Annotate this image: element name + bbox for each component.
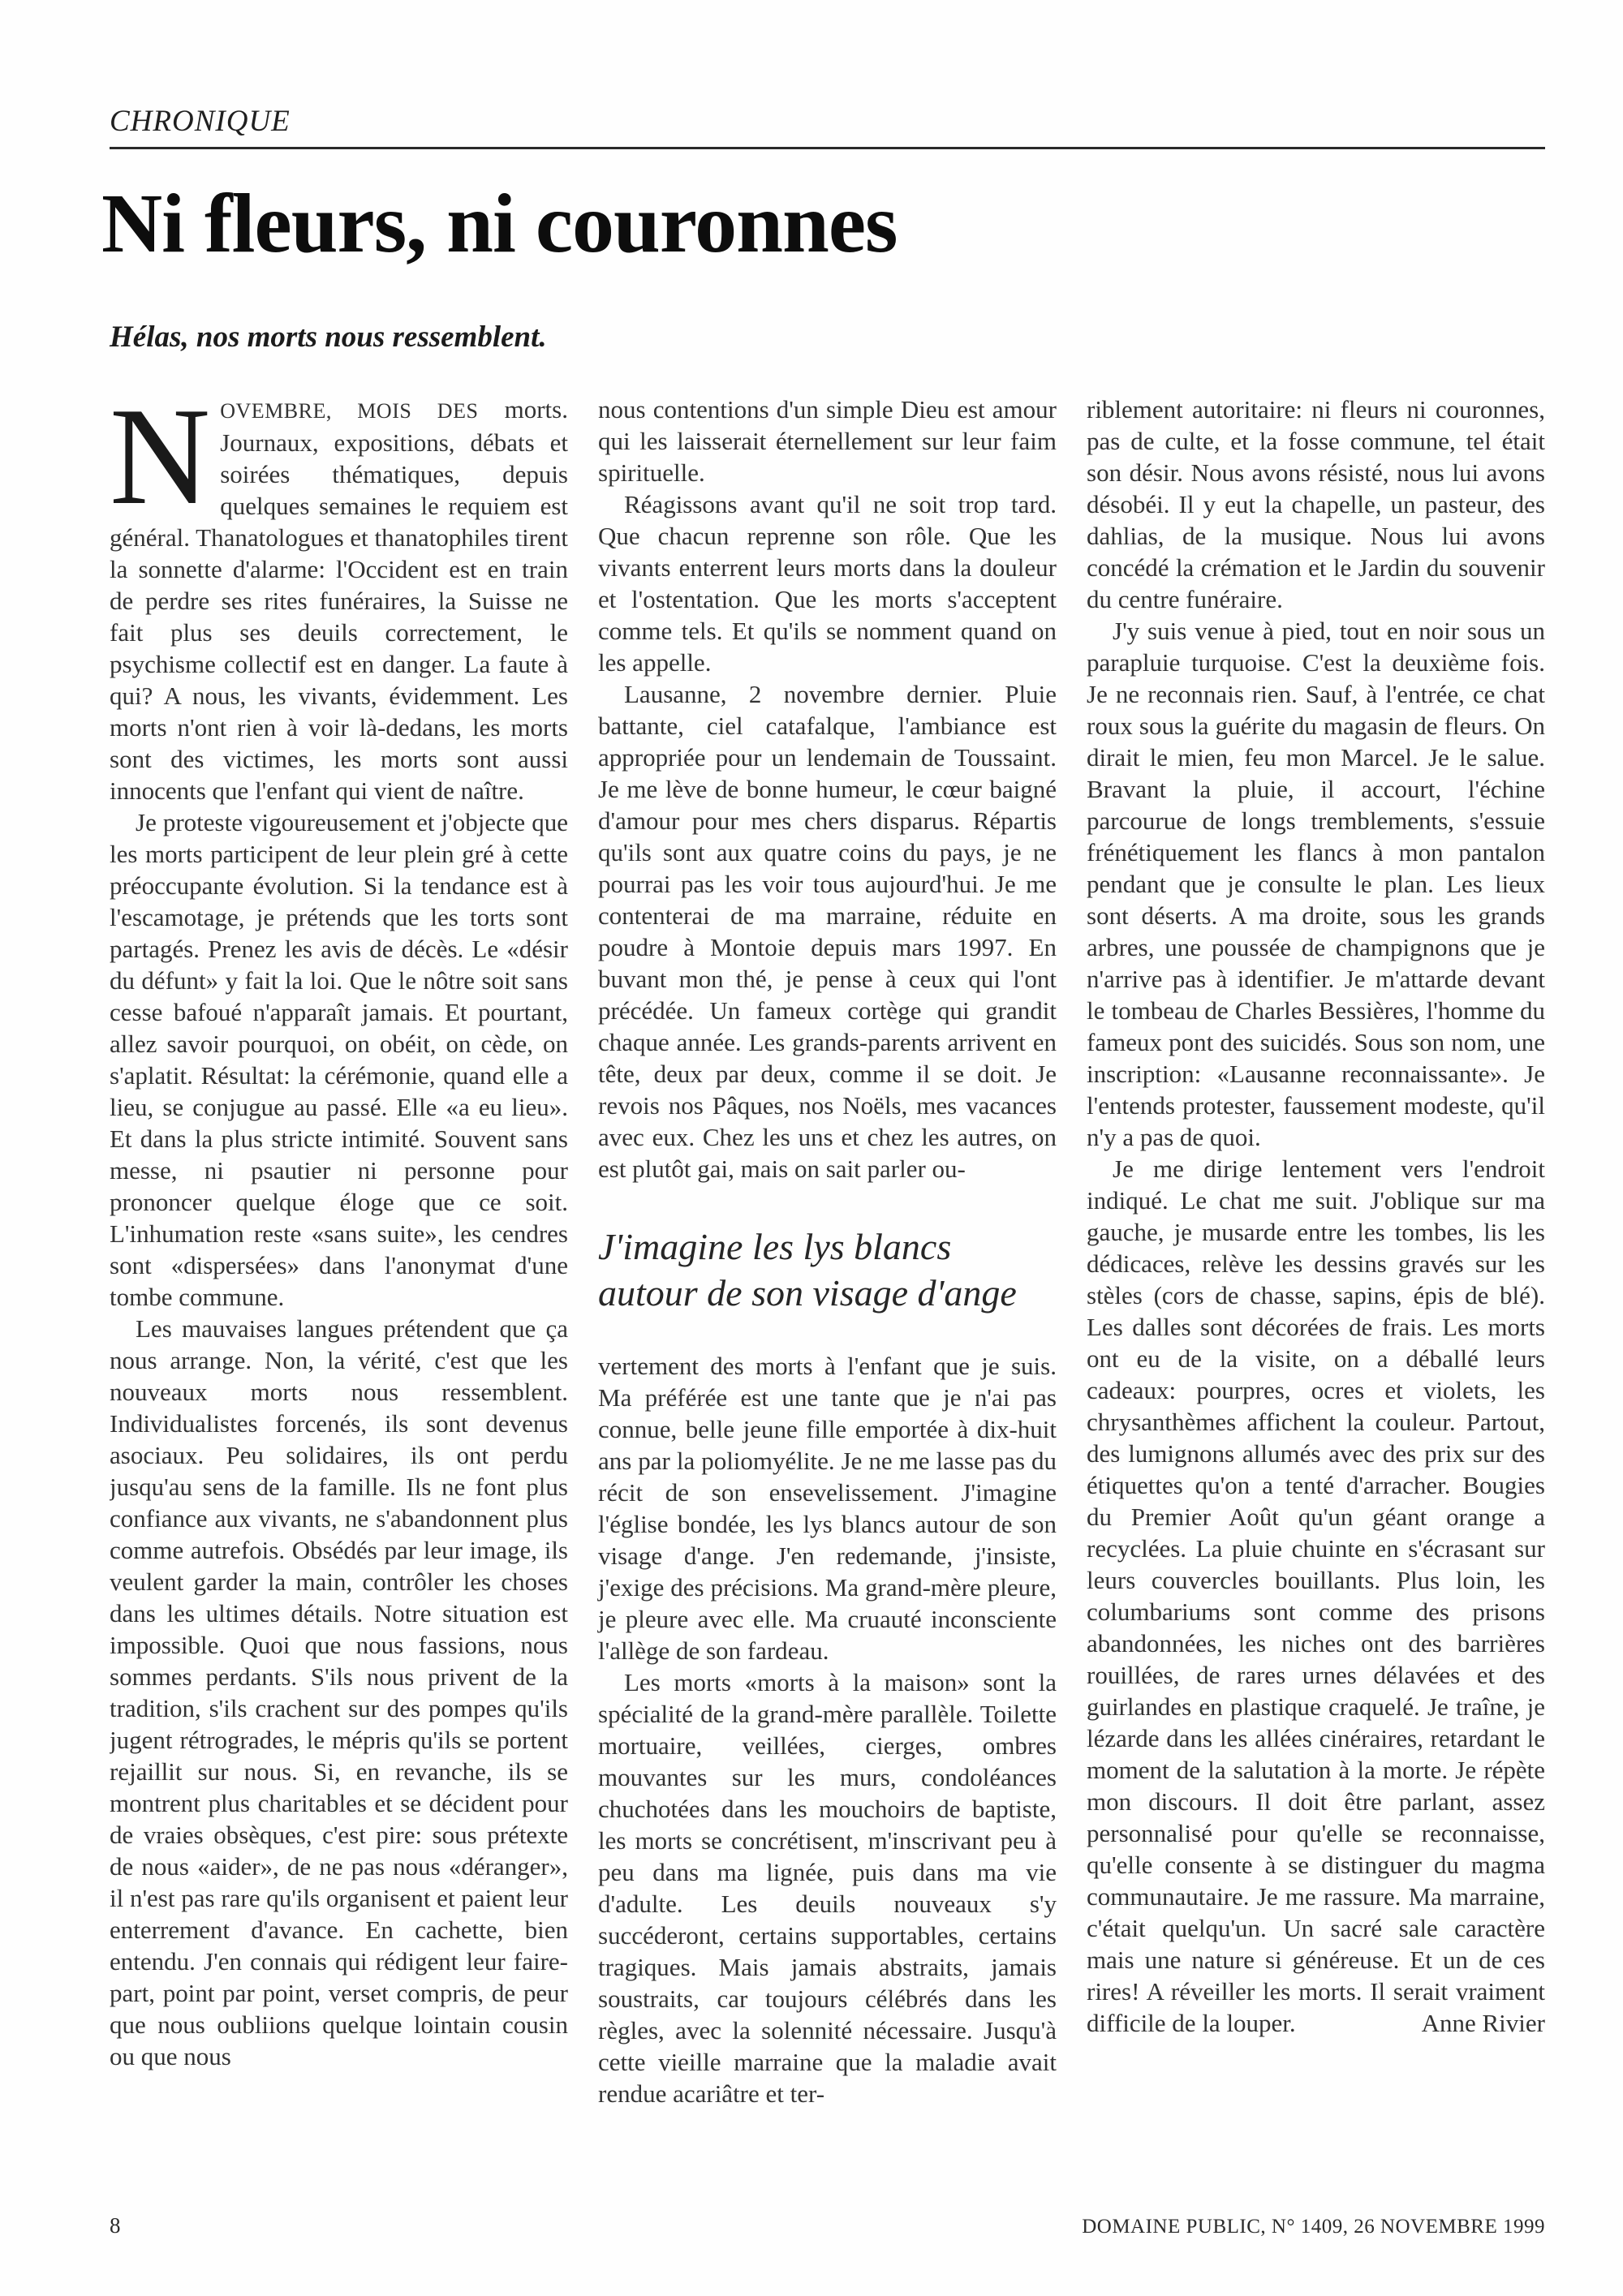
- article-title: Ni fleurs, ni couronnes: [101, 182, 1545, 266]
- opening-paragraph: NOVEMBRE, MOIS DES morts. Journaux, expo…: [110, 393, 568, 806]
- paragraph: J'y suis venue à pied, tout en noir sous…: [1087, 615, 1545, 1153]
- paragraph: Les morts «morts à la maison» sont la sp…: [598, 1666, 1057, 2109]
- paragraph: Je me dirige lentement vers l'endroit in…: [1087, 1153, 1545, 2039]
- paragraph: Les mauvaises langues prétendent que ça …: [110, 1313, 568, 2072]
- page-number: 8: [110, 2213, 121, 2238]
- column-2-paragraphs-top: nous contentions d'un simple Dieu est am…: [598, 393, 1057, 1185]
- pull-quote: J'imagine les lys blancs autour de son v…: [598, 1223, 1057, 1316]
- page-content: CHRONIQUE Ni fleurs, ni couronnes Hélas,…: [110, 0, 1545, 2158]
- paragraph: Je proteste vigoureusement et j'objecte …: [110, 806, 568, 1313]
- column-3: riblement autoritaire: ni fleurs ni cour…: [1087, 393, 1545, 2158]
- paragraph: riblement autoritaire: ni fleurs ni cour…: [1087, 393, 1545, 615]
- kicker-rule: [110, 147, 1545, 149]
- newspaper-page: CHRONIQUE Ni fleurs, ni couronnes Hélas,…: [0, 0, 1623, 2296]
- column-3-paragraphs: riblement autoritaire: ni fleurs ni cour…: [1087, 393, 1545, 2039]
- opening-small-caps: OVEMBRE, MOIS DES: [220, 399, 478, 423]
- article-subtitle: Hélas, nos morts nous ressemblent.: [110, 320, 1545, 355]
- column-2: nous contentions d'un simple Dieu est am…: [598, 393, 1057, 2158]
- drop-cap: N: [110, 393, 220, 517]
- paragraph: Lausanne, 2 novembre dernier. Pluie batt…: [598, 678, 1057, 1185]
- paragraph: vertement des morts à l'enfant que je su…: [598, 1350, 1057, 1666]
- column-2-paragraphs-bottom: vertement des morts à l'enfant que je su…: [598, 1350, 1057, 2109]
- page-footer: 8 DOMAINE PUBLIC, N° 1409, 26 NOVEMBRE 1…: [110, 2213, 1545, 2238]
- column-1: NOVEMBRE, MOIS DES morts. Journaux, expo…: [110, 393, 568, 2158]
- section-kicker: CHRONIQUE: [110, 104, 1545, 139]
- column-1-paragraphs: Je proteste vigoureusement et j'objecte …: [110, 806, 568, 2072]
- issue-line: DOMAINE PUBLIC, N° 1409, 26 NOVEMBRE 199…: [1082, 2216, 1545, 2238]
- paragraph: Réagissons avant qu'il ne soit trop tard…: [598, 488, 1057, 678]
- paragraph: nous contentions d'un simple Dieu est am…: [598, 393, 1057, 488]
- article-columns: NOVEMBRE, MOIS DES morts. Journaux, expo…: [110, 393, 1545, 2158]
